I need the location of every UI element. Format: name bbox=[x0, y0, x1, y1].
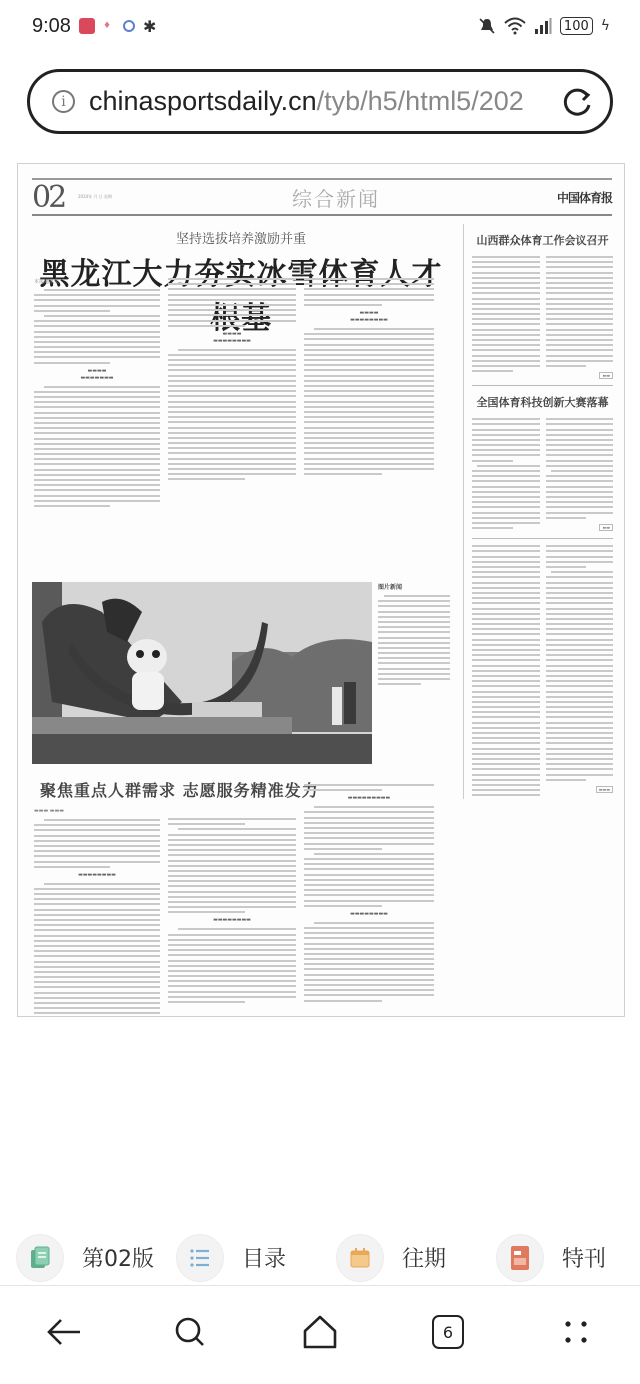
menu-button[interactable] bbox=[554, 1310, 598, 1354]
address-bar[interactable]: i chinasportsdaily.cn/tyb/h5/html5/202 bbox=[27, 69, 613, 134]
battery-indicator: 100 bbox=[560, 17, 593, 35]
byline: 本报通讯员 bbox=[34, 278, 160, 286]
photo-caption-title: 图片新闻 bbox=[378, 582, 450, 591]
status-left: 9:08 ♦ ✱ bbox=[32, 15, 156, 38]
article-column: ▬▬▬▬▬▬▬▬▬▬▬▬ bbox=[304, 278, 434, 478]
subheading: ▬▬▬▬▬▬▬▬▬▬▬▬ bbox=[168, 331, 296, 345]
right-story-headline[interactable]: 全国体育科技创新大赛落幕 bbox=[472, 394, 613, 410]
url-field[interactable]: chinasportsdaily.cn/tyb/h5/html5/202 bbox=[89, 86, 529, 117]
section-title: 综合新闻 bbox=[292, 183, 380, 212]
edition-button-archive[interactable]: 往期 bbox=[336, 1234, 446, 1282]
charging-icon: ϟ bbox=[601, 18, 610, 34]
bluetooth-icon: ✱ bbox=[143, 17, 156, 36]
main-story-kicker: 坚持选拔培养激励并重 bbox=[32, 228, 450, 247]
byline: ▬▬▬ ▬▬▬ bbox=[34, 808, 160, 816]
masthead: 02 2024年 月 日 星期 综合新闻 中国体育报 bbox=[32, 178, 612, 216]
subheading: ▬▬▬▬▬▬▬▬▬ bbox=[304, 795, 434, 802]
back-arrow-icon bbox=[46, 1317, 82, 1347]
edition-button-contents[interactable]: 目录 bbox=[176, 1234, 286, 1282]
home-button[interactable] bbox=[298, 1310, 342, 1354]
news-photo[interactable] bbox=[32, 582, 372, 764]
status-right: 100 ϟ bbox=[478, 17, 610, 35]
subheading: ▬▬▬▬▬▬▬▬ bbox=[304, 911, 434, 918]
app-notification-icon: ♦ bbox=[103, 21, 115, 31]
tabs-count: 6 bbox=[432, 1315, 464, 1349]
photo-caption: 图片新闻 bbox=[378, 582, 450, 688]
photo-image bbox=[32, 582, 372, 764]
wifi-icon bbox=[504, 17, 526, 35]
menu-dots-icon bbox=[562, 1318, 590, 1346]
article-column: ▬▬▬▬▬▬▬▬▬ ▬▬▬▬▬▬▬▬ bbox=[304, 784, 434, 1005]
reload-icon[interactable] bbox=[560, 85, 594, 119]
subheading: ▬▬▬▬▬▬▬▬▬▬▬ bbox=[34, 368, 160, 382]
app-notification-icon bbox=[123, 20, 135, 32]
back-button[interactable] bbox=[42, 1310, 86, 1354]
second-story-headline[interactable]: 聚焦重点人群需求 志愿服务精准发力 bbox=[40, 778, 319, 801]
calendar-icon bbox=[349, 1247, 371, 1269]
article-column: ▬▬▬ ▬▬▬ ▬▬▬▬▬▬▬▬ bbox=[34, 808, 160, 1017]
subheading: ▬▬▬▬▬▬▬▬ bbox=[168, 917, 296, 924]
newspaper-page[interactable]: 02 2024年 月 日 星期 综合新闻 中国体育报 坚持选拔培养激励并重 黑龙… bbox=[17, 163, 625, 1017]
page-number: 02 bbox=[32, 180, 72, 215]
page-icon bbox=[29, 1246, 51, 1270]
author-tag: ▬▬ bbox=[599, 372, 613, 379]
app-notification-icon bbox=[79, 18, 95, 34]
mute-icon bbox=[478, 17, 496, 35]
article-column: ▬▬▬▬▬▬▬▬ bbox=[168, 818, 296, 1006]
page-meta: 2024年 月 日 星期 bbox=[78, 194, 118, 200]
url-path: /tyb/h5/html5/202 bbox=[317, 86, 524, 116]
edition-button-special[interactable]: 特刊 bbox=[496, 1234, 606, 1282]
edition-label: 特刊 bbox=[562, 1242, 606, 1273]
subheading: ▬▬▬▬▬▬▬▬▬▬▬▬ bbox=[304, 310, 434, 324]
status-time: 9:08 bbox=[32, 15, 71, 38]
edition-toolbar: 第02版 目录 往期 特刊 bbox=[0, 1230, 640, 1286]
author-tag: ▬▬▬ bbox=[596, 786, 613, 793]
subheading: ▬▬▬▬▬▬▬▬ bbox=[34, 872, 160, 879]
edition-button-current-page[interactable]: 第02版 bbox=[16, 1234, 154, 1282]
tabs-button[interactable]: 6 bbox=[426, 1310, 470, 1354]
url-domain: chinasportsdaily.cn bbox=[89, 86, 317, 116]
article-column: 本报通讯员 ▬▬▬▬▬▬▬▬▬▬▬ bbox=[34, 278, 160, 510]
search-icon bbox=[173, 1315, 207, 1349]
right-story-headline[interactable]: 山西群众体育工作会议召开 bbox=[472, 232, 613, 248]
newspaper-logo: 中国体育报 bbox=[557, 189, 612, 206]
signal-icon bbox=[534, 17, 552, 35]
edition-label: 往期 bbox=[402, 1242, 446, 1273]
site-info-icon[interactable]: i bbox=[52, 90, 75, 113]
home-icon bbox=[302, 1314, 338, 1350]
special-issue-icon bbox=[510, 1245, 530, 1271]
author-tag: ▬▬ bbox=[599, 524, 613, 531]
edition-label: 目录 bbox=[242, 1242, 286, 1273]
search-button[interactable] bbox=[168, 1310, 212, 1354]
list-icon bbox=[189, 1248, 211, 1268]
right-column[interactable]: 山西群众体育工作会议召开 ▬▬ 全国体育科技创新大赛落幕 ▬▬ bbox=[463, 224, 613, 799]
browser-nav-bar: 6 bbox=[0, 1296, 640, 1384]
article-column: ▬▬▬▬▬▬▬▬▬▬▬▬ bbox=[168, 278, 296, 484]
edition-label: 第02版 bbox=[82, 1242, 154, 1273]
status-bar: 9:08 ♦ ✱ 100 ϟ bbox=[0, 0, 640, 52]
